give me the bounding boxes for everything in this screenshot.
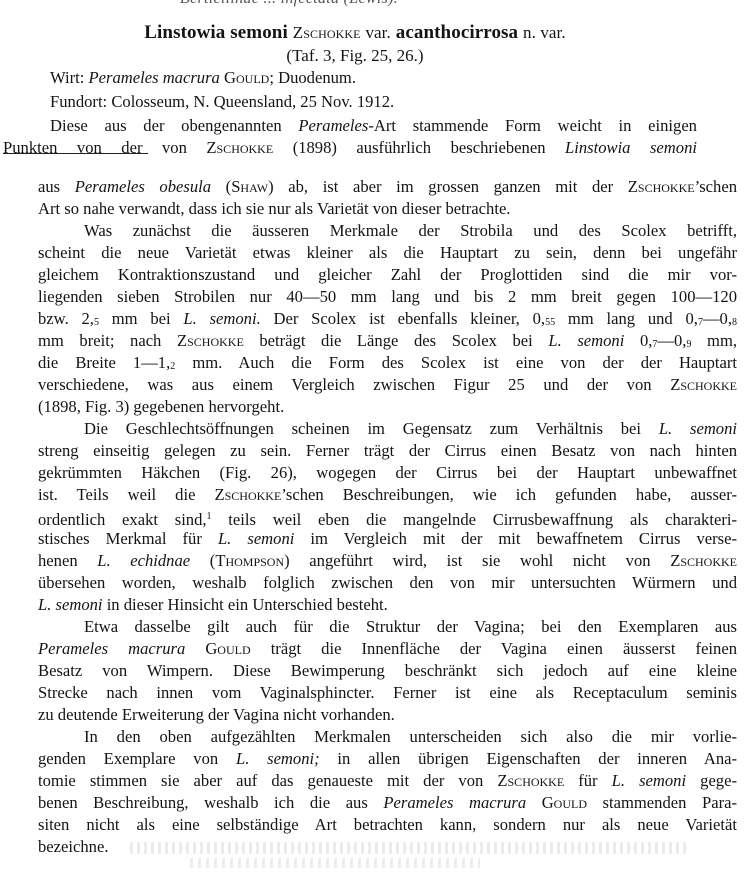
p3-line6: stisches Merkmal für L. semoni im Vergle… xyxy=(38,528,737,550)
p1-line4: Art so nahe verwandt, dass ich sie nur a… xyxy=(38,198,510,220)
host-rest: ; Duodenum. xyxy=(269,68,356,87)
p4-line5: zu deutende Erweiterung der Vagina nicht… xyxy=(38,704,395,726)
p3-line8: übersehen worden, weshalb folglich zwisc… xyxy=(38,572,737,594)
bleed-through-noise xyxy=(130,842,690,854)
p5-line2: genden Exemplare von L. semoni; in allen… xyxy=(38,748,737,770)
p3-line1: Die Geschlechtsöffnungen scheinen im Geg… xyxy=(84,418,737,440)
p5-line1: In den oben aufgezählten Merkmalen unter… xyxy=(84,726,737,748)
title-var-label: var. xyxy=(365,23,390,42)
p4-line3: Besatz von Wimpern. Diese Bewimperung be… xyxy=(38,660,737,682)
host-author: Gould xyxy=(224,68,269,87)
p3-line2: streng einseitig gelegen zu sein. Ferner… xyxy=(38,440,737,462)
title-author: Zschokke xyxy=(293,23,361,42)
p5-line4: benen Beschreibung, weshalb ich die aus … xyxy=(38,792,737,814)
title-suffix: n. var. xyxy=(523,23,566,42)
p2-line8: verschiedene, was aus einem Vergleich zw… xyxy=(38,374,737,396)
p1-line3: aus Perameles obesula (Shaw) ab, ist abe… xyxy=(38,176,737,198)
p3-line4: ist. Teils weil die Zschokke’schen Besch… xyxy=(38,484,737,506)
p5-line3: tomie stimmen sie aber auf das genaueste… xyxy=(38,770,737,792)
p4-line4: Strecke nach innen vom Vaginalsphincter.… xyxy=(38,682,737,704)
pencil-underline xyxy=(3,153,148,154)
cutoff-previous-line: Bertiellinae ... infectata (Lewis). xyxy=(180,0,480,8)
locality-label: Fundort: xyxy=(50,92,107,111)
p2-line9: (1898, Fig. 3) gegebenen hervorgeht. xyxy=(38,396,284,418)
p2-line2: scheint die neue Varietät etwas kleiner … xyxy=(38,242,737,264)
host-label: Wirt: xyxy=(50,68,84,87)
host-species: Perameles macrura xyxy=(89,68,220,87)
p3-line9: L. semoni in dieser Hinsicht ein Untersc… xyxy=(38,594,388,616)
p5-line5: siten nicht als eine selbständige Art be… xyxy=(38,814,737,836)
p5-line6: bezeichne. xyxy=(38,836,108,858)
p4-line2: Perameles macrura Gould trägt die Innenf… xyxy=(38,638,737,660)
p3-line3: gekrümmten Häkchen (Fig. 26), wogegen de… xyxy=(38,462,737,484)
title-variety: acanthocirrosa xyxy=(396,22,518,43)
p2-line3: gleichem Kontraktionszustand und gleiche… xyxy=(38,264,737,286)
bleed-through-noise-2 xyxy=(190,858,480,868)
document-page: Bertiellinae ... infectata (Lewis). Lins… xyxy=(0,0,755,875)
p1-line2: Punkten von der von Zschokke (1898) ausf… xyxy=(3,137,697,159)
locality-line: Fundort: Colosseum, N. Queensland, 25 No… xyxy=(50,91,394,113)
p4-line1: Etwa dasselbe gilt auch für die Struktur… xyxy=(84,616,737,638)
title-species: Linstowia semoni xyxy=(144,22,288,43)
host-line: Wirt: Perameles macrura Gould; Duodenum. xyxy=(50,67,356,89)
p2-line1: Was zunächst die äusseren Merkmale der S… xyxy=(84,220,737,242)
section-subtitle: (Taf. 3, Fig. 25, 26.) xyxy=(0,46,710,66)
p1-line1: Diese aus der obengenannten Perameles-Ar… xyxy=(50,115,697,137)
p2-line4: liegenden sieben Strobilen nur 40—50 mm … xyxy=(38,286,737,308)
locality-value: Colosseum, N. Queensland, 25 Nov. 1912. xyxy=(111,92,394,111)
section-title: Linstowia semoni Zschokke var. acanthoci… xyxy=(0,22,710,44)
p3-line7: henen L. echidnae (Thompson) angeführt w… xyxy=(38,550,737,572)
